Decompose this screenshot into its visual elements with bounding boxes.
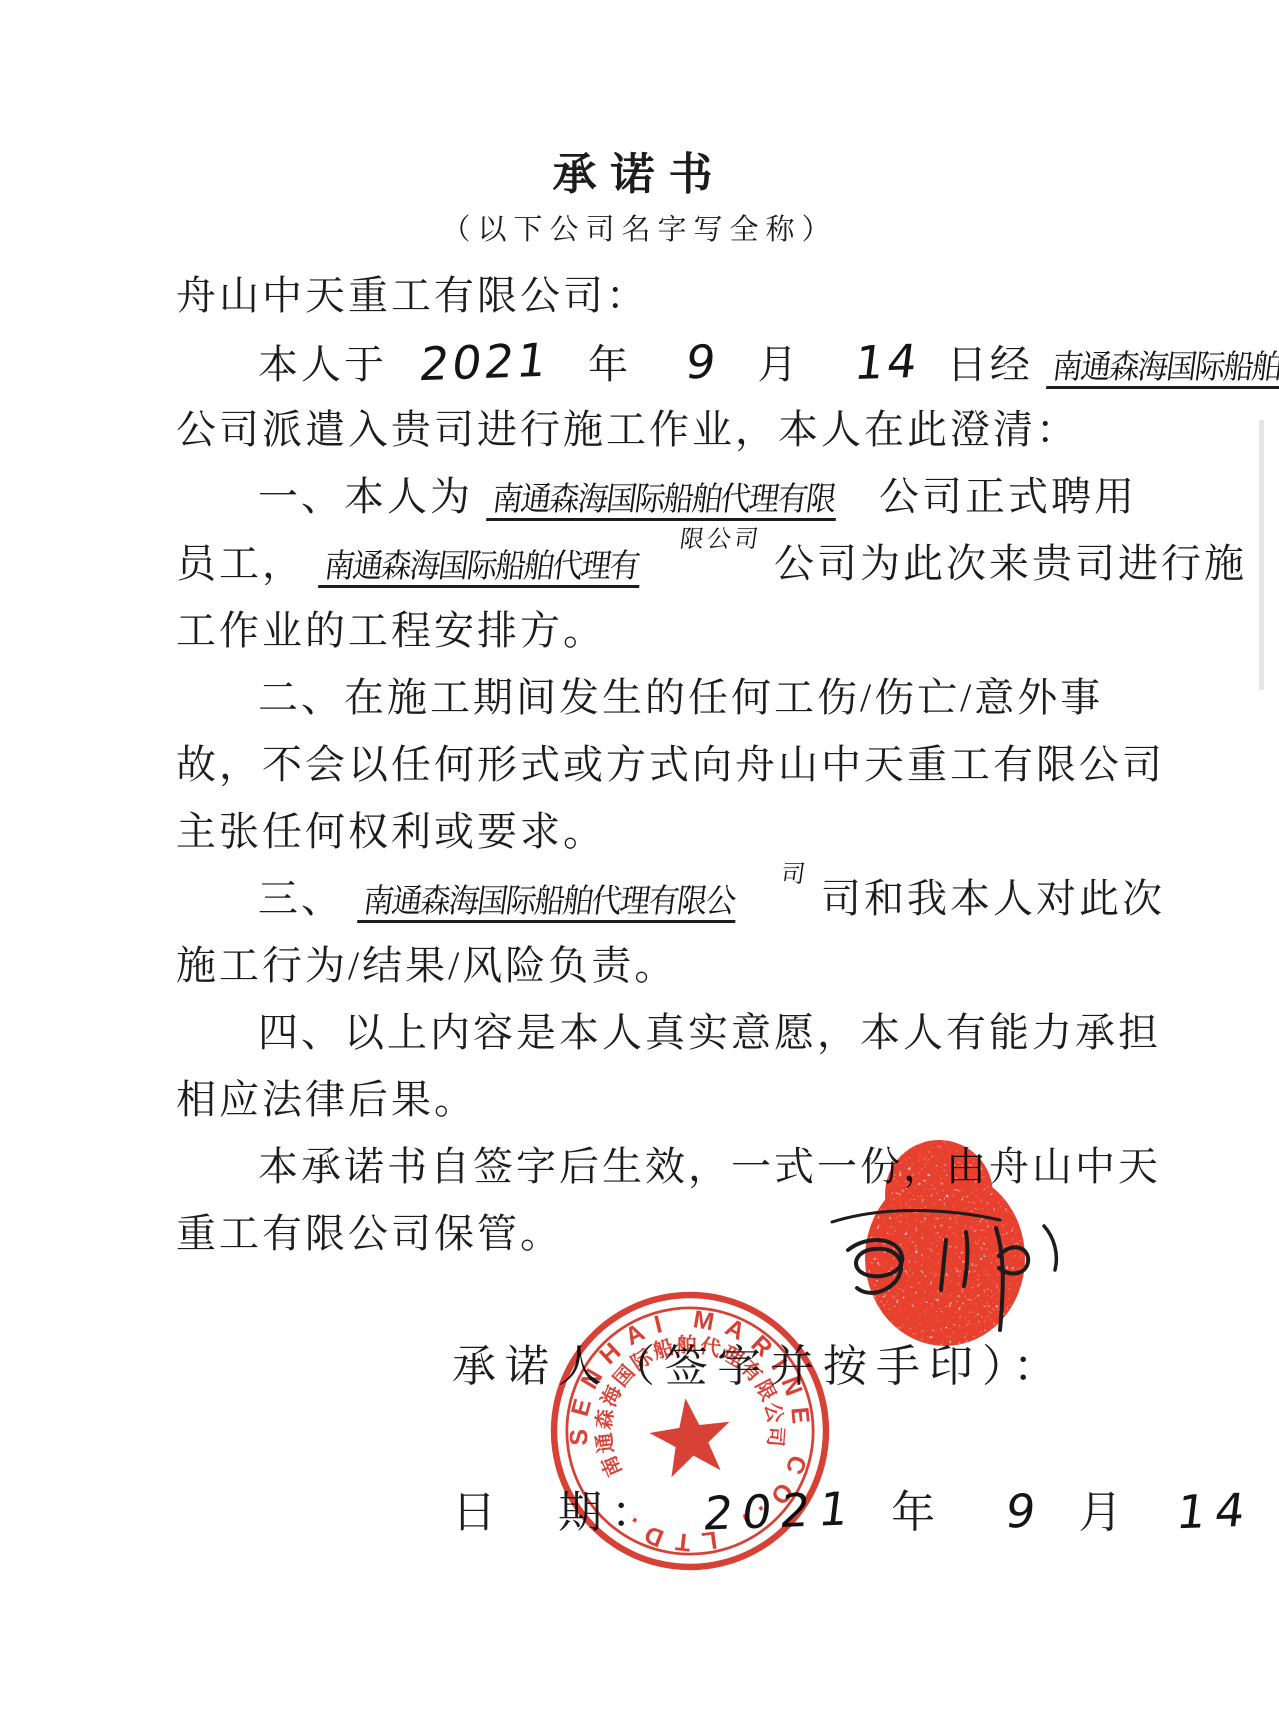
day-suffix: 日经: [947, 342, 1033, 387]
item1-line2: 员工， 南通森海国际船舶代理有 限公司 公司为此次来贵司进行施: [176, 530, 1186, 597]
company-seal: SENHAI MARINE CO., LTD. 南通森海国际船舶代理有限公司: [524, 1265, 856, 1597]
item3-line1: 三、 南通森海国际船舶代理有限公 司 司和我本人对此次: [176, 865, 1186, 932]
handwritten-company-name: 南通森海国际船舶代理有限公: [357, 884, 740, 923]
item4-line1-text: 四、以上内容是本人真实意愿，本人有能力承担: [258, 1010, 1161, 1055]
item4-line2-text: 相应法律后果。: [176, 1077, 477, 1122]
handwritten-company-name: 南通森海国际船舶代理有: [318, 549, 644, 588]
item2-line1: 二、在施工期间发生的任何工伤/伤亡/意外事: [176, 664, 1186, 731]
seal-star-icon: [645, 1393, 736, 1480]
handwritten-year: 2021: [416, 327, 554, 398]
item1-line1: 一、本人为 南通森海国际船舶代理有限 公司正式聘用: [176, 463, 1186, 530]
scan-artifact: [1259, 420, 1264, 690]
item2-line3-text: 主张任何权利或要求。: [176, 809, 606, 854]
document-subtitle: （以下公司名字写全称）: [0, 207, 1279, 248]
item2-line2-text: 故，不会以任何形式或方式向舟山中天重工有限公司: [176, 742, 1165, 787]
year-label: 年: [891, 1488, 944, 1537]
para1-line1: 本人于 2021 年 9 月 14 日经 南通森海国际船舶代理有限公司: [176, 329, 1186, 396]
item3-after: 司和我本人对此次: [821, 876, 1165, 921]
para1-prefix: 本人于: [258, 342, 387, 387]
item1-line3: 工作业的工程安排方。: [176, 597, 1186, 664]
handwritten-month: 9: [682, 328, 723, 396]
handwritten-month: 9: [1003, 1483, 1048, 1538]
handwritten-company-name: 南通森海国际船舶代理有限: [486, 482, 841, 521]
handwritten-day: 14: [1174, 1483, 1258, 1540]
item1-after: 公司正式聘用: [879, 474, 1137, 519]
salutation-line: 舟山中天重工有限公司：: [176, 262, 1186, 329]
item4-line2: 相应法律后果。: [176, 1066, 1186, 1133]
handwritten-day: 14: [851, 328, 924, 397]
signature-handwriting: [818, 1168, 1090, 1353]
item4-line1: 四、以上内容是本人真实意愿，本人有能力承担: [176, 999, 1186, 1066]
document-title: 承诺书: [0, 138, 1279, 202]
handwritten-company-name: 南通森海国际船舶代理有限公司: [1046, 350, 1279, 389]
handwritten-insertion: 限公司: [675, 506, 765, 573]
item3-lead: 三、: [258, 876, 344, 921]
para1-line2: 公司派遣入贵司进行施工作业，本人在此澄清：: [176, 396, 1186, 463]
item2-line2: 故，不会以任何形式或方式向舟山中天重工有限公司: [176, 731, 1186, 798]
item3-line2: 施工行为/结果/风险负责。: [176, 932, 1186, 999]
item1-line2-after: 公司为此次来贵司进行施: [774, 541, 1247, 586]
month-label: 月: [1078, 1488, 1131, 1537]
salutation-text: 舟山中天重工有限公司：: [176, 273, 649, 318]
item2-line3: 主张任何权利或要求。: [176, 798, 1186, 865]
year-label: 年: [588, 342, 631, 387]
closing-line2-text: 重工有限公司保管。: [176, 1211, 563, 1256]
document-body: 舟山中天重工有限公司： 本人于 2021 年 9 月 14 日经 南通森海国际船…: [176, 262, 1186, 1267]
month-label: 月: [757, 342, 800, 387]
para1-line2-text: 公司派遣入贵司进行施工作业，本人在此澄清：: [176, 407, 1079, 452]
item1-lead: 一、本人为: [258, 474, 473, 519]
item1-line2-prefix: 员工，: [176, 541, 305, 586]
item1-line3-text: 工作业的工程安排方。: [176, 608, 606, 653]
item2-line1-text: 二、在施工期间发生的任何工伤/伤亡/意外事: [258, 675, 1103, 720]
item3-line2-text: 施工行为/结果/风险负责。: [176, 943, 677, 988]
scanned-document-page: 承诺书 （以下公司名字写全称） 舟山中天重工有限公司： 本人于 2021 年 9…: [0, 0, 1279, 1733]
